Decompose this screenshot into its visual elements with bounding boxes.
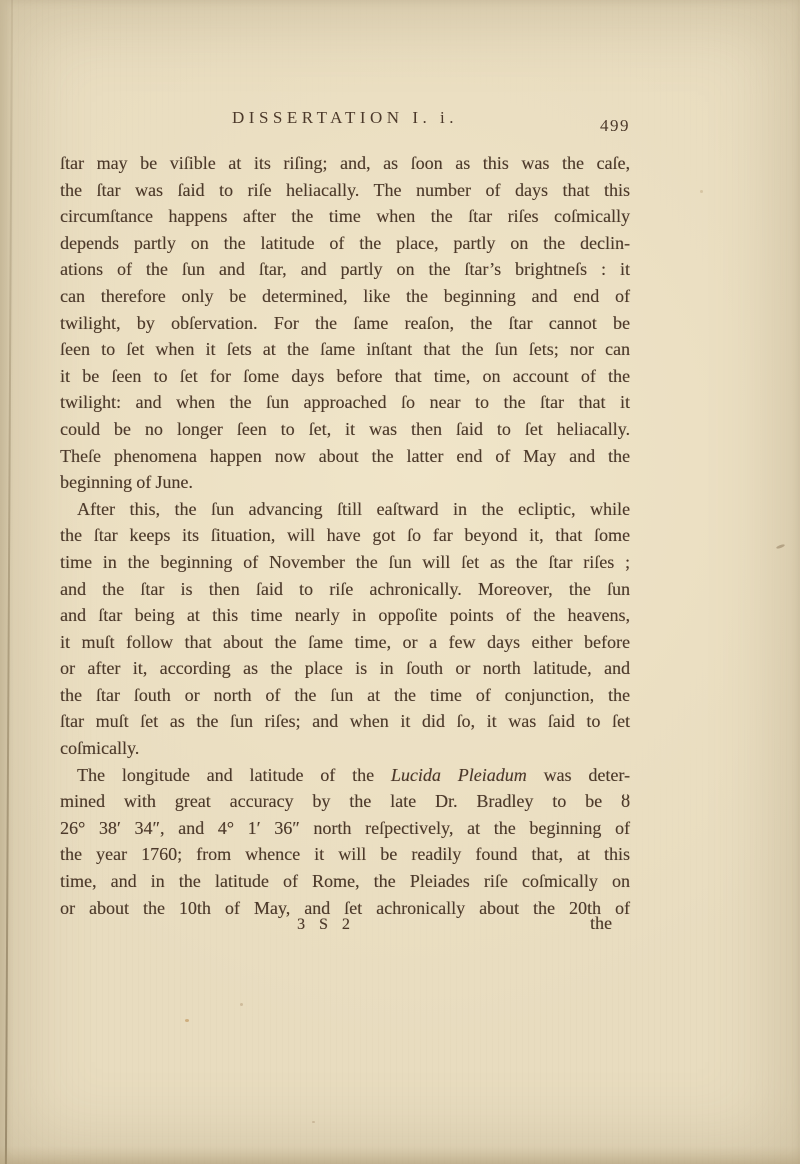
text-line: ſtar muſt ſet as the ſun riſes; and when… bbox=[60, 708, 630, 735]
text-line: coſmically. bbox=[60, 735, 630, 762]
catchword: the bbox=[590, 913, 612, 934]
text-line: ſeen to ſet when it ſets at the ſame inſ… bbox=[60, 336, 630, 363]
text-line: The longitude and latitude of the Lucida… bbox=[60, 762, 630, 789]
text-line: mined with great accuracy by the late Dr… bbox=[60, 788, 630, 815]
text-line: ations of the ſun and ſtar, and partly o… bbox=[60, 256, 630, 283]
paper-speck bbox=[700, 190, 703, 193]
text-line: depends partly on the latitude of the pl… bbox=[60, 230, 630, 257]
text-segment: The longitude and latitude of the bbox=[77, 765, 391, 785]
body-text: ſtar may be viſible at its riſing; and, … bbox=[60, 150, 630, 921]
page-bottom-shading bbox=[0, 1146, 800, 1164]
text-line: circumſtance happens after the time when… bbox=[60, 203, 630, 230]
text-line: beginning of June. bbox=[60, 469, 630, 496]
text-line: it be ſeen to ſet for ſome days before t… bbox=[60, 363, 630, 390]
latin-term: Lucida Pleiadum bbox=[391, 765, 527, 785]
paper-speck bbox=[776, 544, 785, 550]
text-line: the ſtar keeps its ſituation, will have … bbox=[60, 522, 630, 549]
text-line: twilight: and when the ſun approached ſo… bbox=[60, 389, 630, 416]
text-line: 26° 38′ 34″, and 4° 1′ 36″ north reſpect… bbox=[60, 815, 630, 842]
paragraph: ſtar may be viſible at its riſing; and, … bbox=[60, 150, 630, 496]
text-line: and ſtar being at this time nearly in op… bbox=[60, 602, 630, 629]
text-line: can therefore only be determined, like t… bbox=[60, 283, 630, 310]
paper-speck bbox=[312, 1121, 315, 1123]
text-line: After this, the ſun advancing ſtill eaſt… bbox=[60, 496, 630, 523]
signature-mark: 3 S 2 bbox=[297, 916, 355, 934]
text-line: the year 1760; from whence it will be re… bbox=[60, 841, 630, 868]
text-line: time, and in the latitude of Rome, the P… bbox=[60, 868, 630, 895]
text-line: ſtar may be viſible at its riſing; and, … bbox=[60, 150, 630, 177]
text-line: and the ſtar is then ſaid to riſe achron… bbox=[60, 576, 630, 603]
text-line: twilight, by obſervation. For the ſame r… bbox=[60, 310, 630, 337]
text-line: it muſt follow that about the ſame time,… bbox=[60, 629, 630, 656]
scanned-book-page: DISSERTATION I. i. 499 ſtar may be viſib… bbox=[0, 0, 800, 1164]
text-segment: was deter- bbox=[527, 765, 630, 785]
paper-speck bbox=[185, 1019, 189, 1022]
paper-speck bbox=[240, 1003, 243, 1006]
text-line: Theſe phenomena happen now about the lat… bbox=[60, 443, 630, 470]
paragraph: After this, the ſun advancing ſtill eaſt… bbox=[60, 496, 630, 762]
page-title: DISSERTATION I. i. bbox=[60, 108, 630, 128]
running-head: DISSERTATION I. i. 499 bbox=[60, 108, 630, 140]
text-line: could be no longer ſeen to ſet, it was t… bbox=[60, 416, 630, 443]
text-line: the ſtar was ſaid to riſe heliacally. Th… bbox=[60, 177, 630, 204]
page-number: 499 bbox=[600, 116, 630, 136]
text-line: time in the beginning of November the ſu… bbox=[60, 549, 630, 576]
text-line: the ſtar ſouth or north of the ſun at th… bbox=[60, 682, 630, 709]
text-line: or after it, according as the place is i… bbox=[60, 655, 630, 682]
paragraph: The longitude and latitude of the Lucida… bbox=[60, 762, 630, 922]
